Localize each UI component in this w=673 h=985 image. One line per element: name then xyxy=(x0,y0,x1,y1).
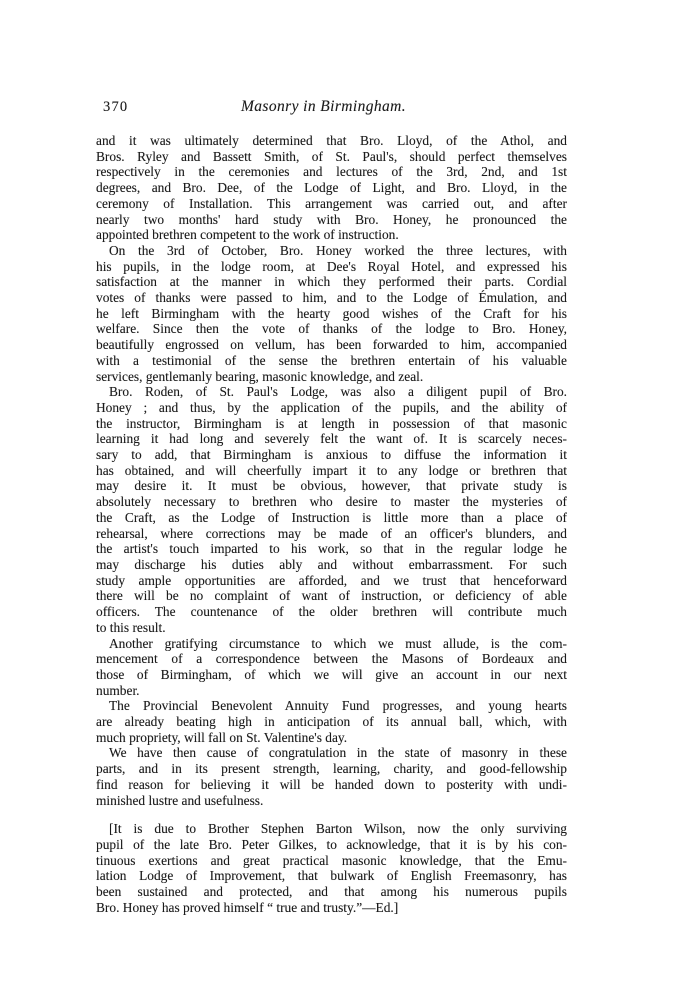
text-line: mencement of a correspondence between th… xyxy=(96,651,567,667)
text-line: welfare. Since then the vote of thanks o… xyxy=(96,321,567,337)
text-line: with a testimonial of the sense the bret… xyxy=(96,353,567,369)
editor-note-paragraph: [It is due to Brother Stephen Barton Wil… xyxy=(96,821,567,915)
text-line: satisfaction at the manner in which they… xyxy=(96,274,567,290)
text-line: there will be no complaint of want of in… xyxy=(96,588,567,604)
page-body: and it was ultimately determined that Br… xyxy=(96,133,567,915)
text-line: parts, and in its present strength, lear… xyxy=(96,761,567,777)
text-line: may desire it. It must be obvious, howev… xyxy=(96,478,567,494)
text-line: Bro. Honey has proved himself “ true and… xyxy=(96,900,567,916)
text-line: the instructor, Birmingham is at length … xyxy=(96,416,567,432)
text-line: respectively in the ceremonies and lectu… xyxy=(96,164,567,180)
text-line: the Craft, as the Lodge of Instruction i… xyxy=(96,510,567,526)
text-line: been sustained and protected, and that a… xyxy=(96,884,567,900)
text-line: appointed brethren competent to the work… xyxy=(96,227,567,243)
text-line: nearly two months' hard study with Bro. … xyxy=(96,212,567,228)
text-line: are already beating high in anticipation… xyxy=(96,714,567,730)
text-line: the artist's touch imparted to his work,… xyxy=(96,541,567,557)
text-line: officers. The countenance of the older b… xyxy=(96,604,567,620)
paragraph: We have then cause of congratulation in … xyxy=(96,745,567,808)
text-line: much propriety, will fall on St. Valenti… xyxy=(96,730,567,746)
paragraph: Another gratifying circumstance to which… xyxy=(96,636,567,699)
paragraph: and it was ultimately determined that Br… xyxy=(96,133,567,243)
page-header: 370 Masonry in Birmingham. xyxy=(96,98,567,118)
text-line: may discharge his duties ably and withou… xyxy=(96,557,567,573)
text-line: those of Birmingham, of which we will gi… xyxy=(96,667,567,683)
text-line: find reason for believing it will be han… xyxy=(96,777,567,793)
text-line: Bro. Roden, of St. Paul's Lodge, was als… xyxy=(96,384,567,400)
text-line: On the 3rd of October, Bro. Honey worked… xyxy=(96,243,567,259)
text-line: his pupils, in the lodge room, at Dee's … xyxy=(96,259,567,275)
text-line: degrees, and Bro. Dee, of the Lodge of L… xyxy=(96,180,567,196)
text-line: beautifully engrossed on vellum, has bee… xyxy=(96,337,567,353)
text-line: We have then cause of congratulation in … xyxy=(96,745,567,761)
text-line: has obtained, and will cheerfully impart… xyxy=(96,463,567,479)
text-line: sary to add, that Birmingham is anxious … xyxy=(96,447,567,463)
page-number: 370 xyxy=(103,99,128,116)
text-line: Honey ; and thus, by the application of … xyxy=(96,400,567,416)
text-line: [It is due to Brother Stephen Barton Wil… xyxy=(96,821,567,837)
text-line: minished lustre and usefulness. xyxy=(96,793,567,809)
paragraph: The Provincial Benevolent Annuity Fund p… xyxy=(96,698,567,745)
text-line: tinuous exertions and great practical ma… xyxy=(96,853,567,869)
scan-speck xyxy=(141,897,143,898)
text-line: to this result. xyxy=(96,620,567,636)
text-line: study ample opportunities are afforded, … xyxy=(96,573,567,589)
text-line: he left Birmingham with the hearty good … xyxy=(96,306,567,322)
paragraph: Bro. Roden, of St. Paul's Lodge, was als… xyxy=(96,384,567,635)
running-title: Masonry in Birmingham. xyxy=(96,98,567,116)
text-line: services, gentlemanly bearing, masonic k… xyxy=(96,369,567,385)
text-line: The Provincial Benevolent Annuity Fund p… xyxy=(96,698,567,714)
text-line: and it was ultimately determined that Br… xyxy=(96,133,567,149)
paragraph: On the 3rd of October, Bro. Honey worked… xyxy=(96,243,567,384)
text-line: ceremony of Installation. This arrangeme… xyxy=(96,196,567,212)
text-line: Bros. Ryley and Bassett Smith, of St. Pa… xyxy=(96,149,567,165)
text-line: pupil of the late Bro. Peter Gilkes, to … xyxy=(96,837,567,853)
text-line: Another gratifying circumstance to which… xyxy=(96,636,567,652)
text-line: lation Lodge of Improvement, that bulwar… xyxy=(96,868,567,884)
text-line: absolutely necessary to brethren who des… xyxy=(96,494,567,510)
text-line: number. xyxy=(96,683,567,699)
book-page: 370 Masonry in Birmingham. and it was ul… xyxy=(0,0,673,985)
scan-speck xyxy=(490,787,492,789)
text-line: votes of thanks were passed to him, and … xyxy=(96,290,567,306)
text-line: learning it had long and severely felt t… xyxy=(96,431,567,447)
text-line: rehearsal, where corrections may be made… xyxy=(96,526,567,542)
